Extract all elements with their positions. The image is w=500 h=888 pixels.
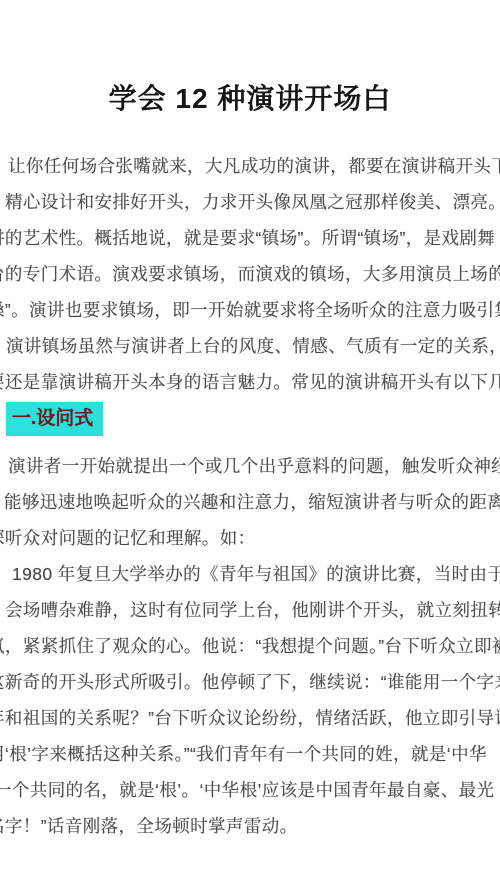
text-line: 演讲者一开始就提出一个或几个出乎意料的问题，触发听众神经元的 xyxy=(0,448,500,484)
text-line: 深听众对问题的记忆和理解。如： xyxy=(0,520,500,556)
intro-paragraph: 让你任何场合张嘴就来，大凡成功的演讲，都要在演讲稿开头下一番 精心设计和安排好开… xyxy=(0,148,500,400)
text-line: 用‘根’字来概括这种关系。”“我们青年有一个共同的姓，就是‘中华 xyxy=(0,736,500,772)
text-line: 氛，紧紧抓住了观众的心。他说：“我想提个问题。”台下听众立即被 xyxy=(0,628,500,664)
text-line: 嗓”。演讲也要求镇场，即一开始就要求将全场听众的注意力吸引集中 xyxy=(0,292,500,328)
text-line: 能够迅速地唤起听众的兴趣和注意力，缩短演讲者与听众的距离，加 xyxy=(0,484,500,520)
section-heading-row: 一.设问式 xyxy=(6,402,500,436)
text-line: 演讲镇场虽然与演讲者上台的风度、情感、气质有一定的关系，但主 xyxy=(0,328,500,364)
document-title: 学会 12 种演讲开场白 xyxy=(0,84,500,114)
text-line: 这新奇的开头形式所吸引。他停顿了下，继续说：“谁能用一个字来概 xyxy=(0,664,500,700)
text-line: 讲的艺术性。概括地说，就是要求“镇场”。所谓“镇场”，是戏剧舞 xyxy=(0,220,500,256)
text-line: 要还是靠演讲稿开头本身的语言魅力。常见的演讲稿开头有以下几种： xyxy=(0,364,500,400)
text-line: 让你任何场合张嘴就来，大凡成功的演讲，都要在演讲稿开头下一番 xyxy=(0,148,500,184)
example-paragraph: 1980 年复旦大学举办的《青年与祖国》的演讲比赛，当时由于种种 会场嘈杂难静，… xyxy=(0,556,500,844)
text-line: 1980 年复旦大学举办的《青年与祖国》的演讲比赛，当时由于种种 xyxy=(0,556,500,592)
section-heading-highlight: 一.设问式 xyxy=(6,402,103,436)
section-paragraph: 演讲者一开始就提出一个或几个出乎意料的问题，触发听众神经元的 能够迅速地唤起听众… xyxy=(0,448,500,556)
text-line: 会场嘈杂难静，这时有位同学上台，他刚讲个开头，就立刻扭转了混 xyxy=(0,592,500,628)
text-line: 一个共同的名，就是‘根’。‘中华根’应该是中国青年最自豪、最光 xyxy=(0,772,500,808)
document-page: 学会 12 种演讲开场白 让你任何场合张嘴就来，大凡成功的演讲，都要在演讲稿开头… xyxy=(0,0,500,888)
text-line: 名字！”话音刚落，全场顿时掌声雷动。 xyxy=(0,808,500,844)
text-line: 精心设计和安排好开头，力求开头像凤凰之冠那样俊美、漂亮。演讲 xyxy=(0,184,500,220)
text-line: 台的专门术语。演戏要求镇场，而演戏的镇场，大多用演员上场的亮相 xyxy=(0,256,500,292)
text-line: 年和祖国的关系呢？”台下听众议论纷纷，情绪活跃，他立即引导说： xyxy=(0,700,500,736)
